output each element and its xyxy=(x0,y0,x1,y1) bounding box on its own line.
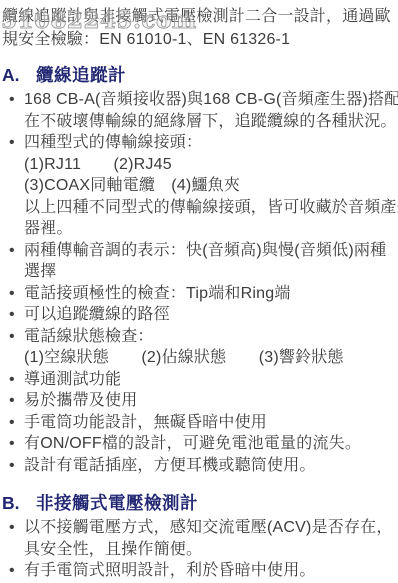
bullet-icon: • xyxy=(9,390,24,412)
bullet-icon: • xyxy=(9,369,24,391)
feature-item: • 導通測試功能 xyxy=(9,369,396,391)
bullet-icon: • xyxy=(9,455,24,477)
section-prefix: B. xyxy=(2,492,36,514)
intro-paragraph: 纜線追蹤計與非接觸式電壓檢測計二合一設計，通過歐 規安全檢驗：EN 61010-… xyxy=(2,5,396,51)
feature-line: 168 CB-A(音頻接收器)與168 CB-G(音頻產生器)搭配， xyxy=(24,89,396,111)
section-prefix: A. xyxy=(2,64,36,86)
section-b-items: • 以不接觸電壓方式，感知交流電壓(ACV)是否存在， 具安全性，且操作簡便。 … xyxy=(2,517,396,582)
section-heading-b: B. 非接觸式電壓檢測計 xyxy=(2,492,396,514)
section-a-items: • 168 CB-A(音頻接收器)與168 CB-G(音頻產生器)搭配， 在不破… xyxy=(2,89,396,476)
feature-line: 可以追蹤纜線的路徑 xyxy=(24,304,396,326)
feature-line: 有ON/OFF檔的設計，可避免電池電量的流失。 xyxy=(24,433,396,455)
feature-item: • 可以追蹤纜線的路徑 xyxy=(9,304,396,326)
bullet-icon: • xyxy=(9,517,24,539)
feature-line: (1)空線狀態 (2)佔線狀態 (3)響鈴狀態 xyxy=(24,347,396,369)
feature-line: (1)RJ11 (2)RJ45 xyxy=(24,154,396,176)
section-title: 纜線追蹤計 xyxy=(36,64,126,86)
intro-line: 纜線追蹤計與非接觸式電壓檢測計二合一設計，通過歐 xyxy=(2,5,396,28)
bullet-icon: • xyxy=(9,560,24,582)
bullet-icon: • xyxy=(9,240,24,262)
feature-item: • 以不接觸電壓方式，感知交流電壓(ACV)是否存在， 具安全性，且操作簡便。 xyxy=(9,517,396,560)
feature-line: 具安全性，且操作簡便。 xyxy=(24,539,396,561)
feature-line: 電話接頭極性的檢查：Tip端和Ring端 xyxy=(24,283,396,305)
feature-item: • 設計有電話插座，方便耳機或聽筒使用。 xyxy=(9,455,396,477)
section-title: 非接觸式電壓檢測計 xyxy=(36,492,198,514)
feature-item: • 手電筒功能設計，無礙昏暗中使用 xyxy=(9,412,396,434)
bullet-icon: • xyxy=(9,283,24,305)
feature-item: • 易於攜帶及使用 xyxy=(9,390,396,412)
feature-line: 選擇 xyxy=(24,261,396,283)
feature-line: 在不破壞傳輸線的絕緣層下，追蹤纜線的各種狀況。 xyxy=(24,111,396,133)
feature-item: • 有ON/OFF檔的設計，可避免電池電量的流失。 xyxy=(9,433,396,455)
bullet-icon: • xyxy=(9,304,24,326)
bullet-icon: • xyxy=(9,89,24,111)
feature-line: 易於攜帶及使用 xyxy=(24,390,396,412)
feature-line: 四種型式的傳輸線接頭： xyxy=(24,132,396,154)
feature-line: 電話線狀態檢查： xyxy=(24,326,396,348)
bullet-icon: • xyxy=(9,412,24,434)
feature-item: • 兩種傳輸音調的表示：快(音頻高)與慢(音頻低)兩種 選擇 xyxy=(9,240,396,283)
feature-item: • 電話接頭極性的檢查：Tip端和Ring端 xyxy=(9,283,396,305)
feature-line: 手電筒功能設計，無礙昏暗中使用 xyxy=(24,412,396,434)
feature-item: • 四種型式的傳輸線接頭： (1)RJ11 (2)RJ45 (3)COAX同軸電… xyxy=(9,132,396,240)
feature-line: 兩種傳輸音調的表示：快(音頻高)與慢(音頻低)兩種 xyxy=(24,240,396,262)
bullet-icon: • xyxy=(9,433,24,455)
feature-line: 導通測試功能 xyxy=(24,369,396,391)
feature-line: 有手電筒式照明設計，利於昏暗中使用。 xyxy=(24,560,396,582)
document-page: 纜線追蹤計與非接觸式電壓檢測計二合一設計，通過歐 規安全檢驗：EN 61010-… xyxy=(0,0,398,582)
feature-line: 器裡。 xyxy=(24,218,396,240)
feature-line: 設計有電話插座，方便耳機或聽筒使用。 xyxy=(24,455,396,477)
section-heading-a: A. 纜線追蹤計 xyxy=(2,64,396,86)
feature-line: (3)COAX同軸電纜 (4)鱷魚夾 xyxy=(24,175,396,197)
feature-item: • 電話線狀態檢查： (1)空線狀態 (2)佔線狀態 (3)響鈴狀態 xyxy=(9,326,396,369)
feature-item: • 168 CB-A(音頻接收器)與168 CB-G(音頻產生器)搭配， 在不破… xyxy=(9,89,396,132)
bullet-icon: • xyxy=(9,132,24,154)
intro-line: 規安全檢驗：EN 61010-1、EN 61326-1 xyxy=(2,28,396,51)
feature-line: 以不接觸電壓方式，感知交流電壓(ACV)是否存在， xyxy=(24,517,396,539)
feature-item: • 有手電筒式照明設計，利於昏暗中使用。 xyxy=(9,560,396,582)
feature-line: 以上四種不同型式的傳輸線接頭，皆可收藏於音頻產生 xyxy=(24,197,396,219)
bullet-icon: • xyxy=(9,326,24,348)
